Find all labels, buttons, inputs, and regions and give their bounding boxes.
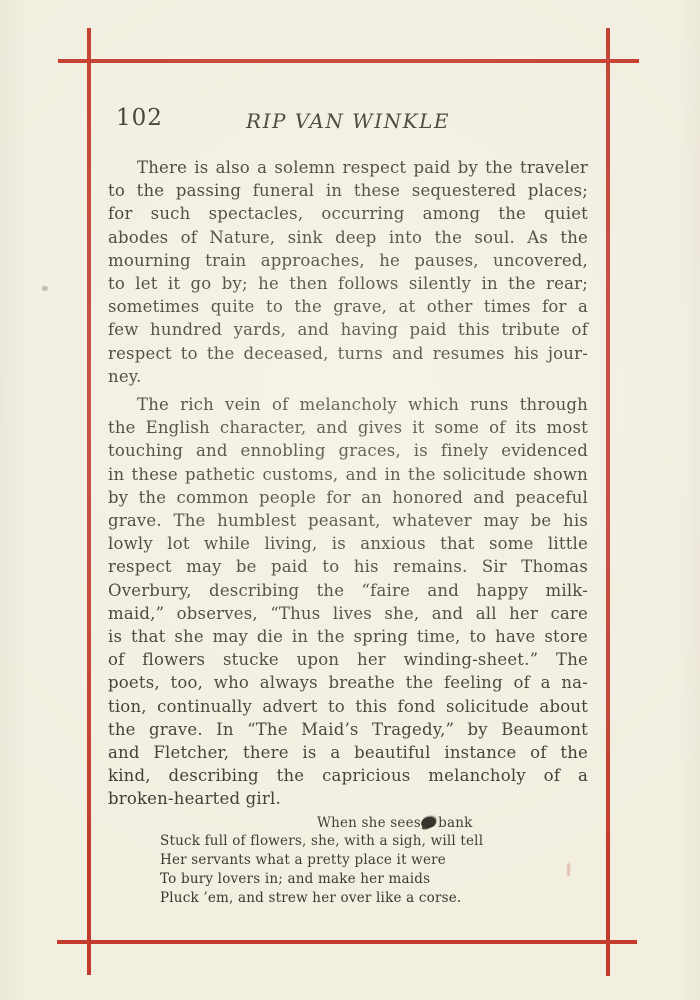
text-line: There is also a solemn respect paid by t… (108, 156, 588, 179)
text-line: respect may be paid to his remains. Sir … (108, 555, 588, 578)
verse-line1-pre: When she sees (317, 815, 421, 831)
text-line: by the common people for an honored and … (108, 486, 588, 509)
book-page: 102 RIP VAN WINKLE There is also a solem… (0, 0, 700, 1000)
text-line: ney. (108, 365, 588, 388)
text-line: The rich vein of melancholy which runs t… (108, 393, 588, 416)
text-line: to let it go by; he then follows silentl… (108, 272, 588, 295)
verse-line: To bury lovers in; and make her maids (108, 870, 588, 889)
text-line: lowly lot while living, is anxious that … (108, 532, 588, 555)
border-rule-top (58, 59, 639, 63)
text-line: grave. The humblest peasant, whatever ma… (108, 509, 588, 532)
text-line: is that she may die in the spring time, … (108, 625, 588, 648)
verse-line: Pluck ’em, and strew her over like a cor… (108, 889, 588, 908)
verse-quotation: When she sees a bank Stuck full of flowe… (108, 814, 588, 908)
verse-line: Her servants what a pretty place it were (108, 851, 588, 870)
text-line: poets, too, who always breathe the feeli… (108, 671, 588, 694)
running-title: RIP VAN WINKLE (108, 109, 588, 133)
ink-blot: a (425, 815, 433, 831)
text-line: kind, describing the capricious melancho… (108, 764, 588, 787)
text-line: maid,” observes, “Thus lives she, and al… (108, 602, 588, 625)
text-line: in these pathetic customs, and in the so… (108, 463, 588, 486)
text-line: few hundred yards, and having paid this … (108, 318, 588, 341)
border-rule-bottom (57, 940, 637, 944)
text-line: the English character, and gives it some… (108, 416, 588, 439)
paper-speck (42, 286, 48, 291)
paragraph-2: The rich vein of melancholy which runs t… (108, 393, 588, 811)
text-line: for such spectacles, occurring among the… (108, 202, 588, 225)
text-line: to the passing funeral in these sequeste… (108, 179, 588, 202)
border-rule-right (606, 28, 610, 976)
border-rule-left (87, 28, 91, 975)
body-text: There is also a solemn respect paid by t… (108, 156, 588, 908)
verse-line1-post: bank (438, 815, 472, 831)
verse-line: When she sees a bank (108, 814, 588, 833)
text-line: respect to the deceased, turns and resum… (108, 342, 588, 365)
text-line: the grave. In “The Maid’s Tragedy,” by B… (108, 718, 588, 741)
text-line: mourning train approaches, he pauses, un… (108, 249, 588, 272)
text-line: touching and ennobling graces, is finely… (108, 439, 588, 462)
text-line: tion, continually advert to this fond so… (108, 695, 588, 718)
text-line: broken-hearted girl. (108, 787, 588, 810)
text-line: sometimes quite to the grave, at other t… (108, 295, 588, 318)
verse-line: Stuck full of flowers, she, with a sigh,… (108, 832, 588, 851)
text-line: and Fletcher, there is a beautiful insta… (108, 741, 588, 764)
text-line: abodes of Nature, sink deep into the sou… (108, 226, 588, 249)
text-line: Overbury, describing the “faire and happ… (108, 579, 588, 602)
paragraph-1: There is also a solemn respect paid by t… (108, 156, 588, 388)
text-line: of flowers stucke upon her winding-sheet… (108, 648, 588, 671)
